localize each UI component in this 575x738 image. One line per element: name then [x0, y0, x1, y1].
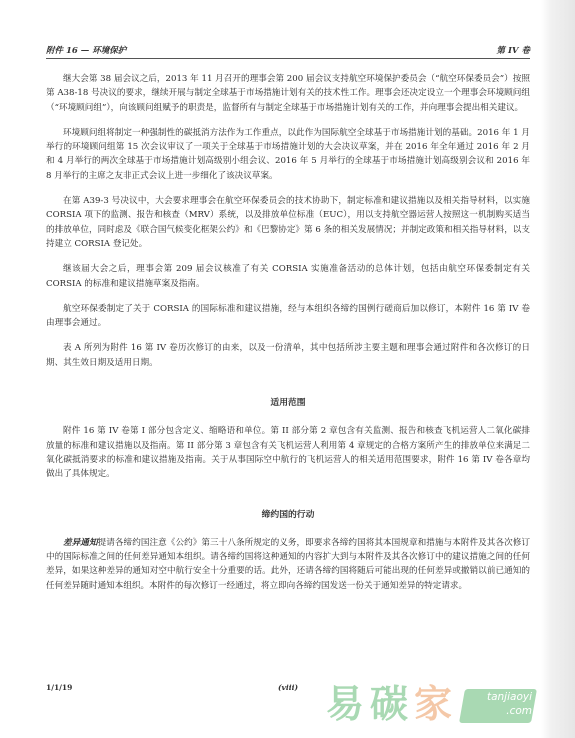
footer-page-number: (viii): [278, 683, 298, 692]
paragraph-background: 继大会第 38 届会议之后，2013 年 11 月召开的理事会第 200 届会议…: [46, 72, 530, 115]
paragraph-resolution-a39-3: 在第 A39-3 号决议中，大会要求理事会在航空环保委员会的技术协助下，制定标准…: [46, 194, 530, 251]
paragraph-notification-of-differences: 差异通知提请各缔约国注意《公约》第三十八条所规定的义务，即要求各缔约国将其本国规…: [46, 536, 530, 593]
watermark-badge-text: tanjiaoyi .com: [468, 690, 532, 718]
paragraph-environment-advisory-group: 环境顾问组将制定一种强制性的碳抵消方法作为工作重点，以此作为国际航空全球基于市场…: [46, 126, 530, 183]
section-heading-state-action: 缔约国的行动: [46, 508, 530, 522]
paragraph-caep-sarps: 航空环保委制定了关于 CORSIA 的国际标准和建议措施，经与本组织各缔约国例行…: [46, 302, 530, 331]
paragraph-table-a: 表 A 所列为附件 16 第 IV 卷历次修订的由来，以及一份清单，其中包括所涉…: [46, 341, 530, 370]
document-body: 继大会第 38 届会议之后，2013 年 11 月召开的理事会第 200 届会议…: [46, 72, 530, 604]
footer-date: 1/1/19: [46, 683, 72, 692]
watermark-logo: 易 碳 家 tanjiaoyi .com: [326, 680, 546, 730]
watermark-char-2: 碳: [370, 680, 408, 728]
paragraph-scope: 附件 16 第 IV 卷第 I 部分包含定义、缩略语和单位。第 II 部分第 2…: [46, 424, 530, 481]
running-header: 附件 16 — 环境保护 第 IV 卷: [46, 44, 530, 59]
header-annex-title: 附件 16 — 环境保护: [46, 44, 126, 56]
paragraph-council-209: 继该届大会之后，理事会第 209 届会议核准了有关 CORSIA 实施准备活动的…: [46, 262, 530, 291]
page-edge-shadow: [541, 0, 575, 738]
watermark-char-1: 易: [326, 680, 364, 728]
page-footer: 1/1/19 (viii): [46, 683, 346, 695]
section-heading-scope: 适用范围: [46, 396, 530, 410]
watermark-domain: tanjiaoyi: [468, 690, 532, 704]
lead-term: 差异通知: [63, 538, 98, 548]
header-volume: 第 IV 卷: [497, 44, 531, 56]
watermark-tld: .com: [468, 704, 532, 718]
notification-text: 提请各缔约国注意《公约》第三十八条所规定的义务，即要求各缔约国将其本国规章和措施…: [46, 538, 530, 591]
watermark-char-3: 家: [414, 680, 452, 728]
